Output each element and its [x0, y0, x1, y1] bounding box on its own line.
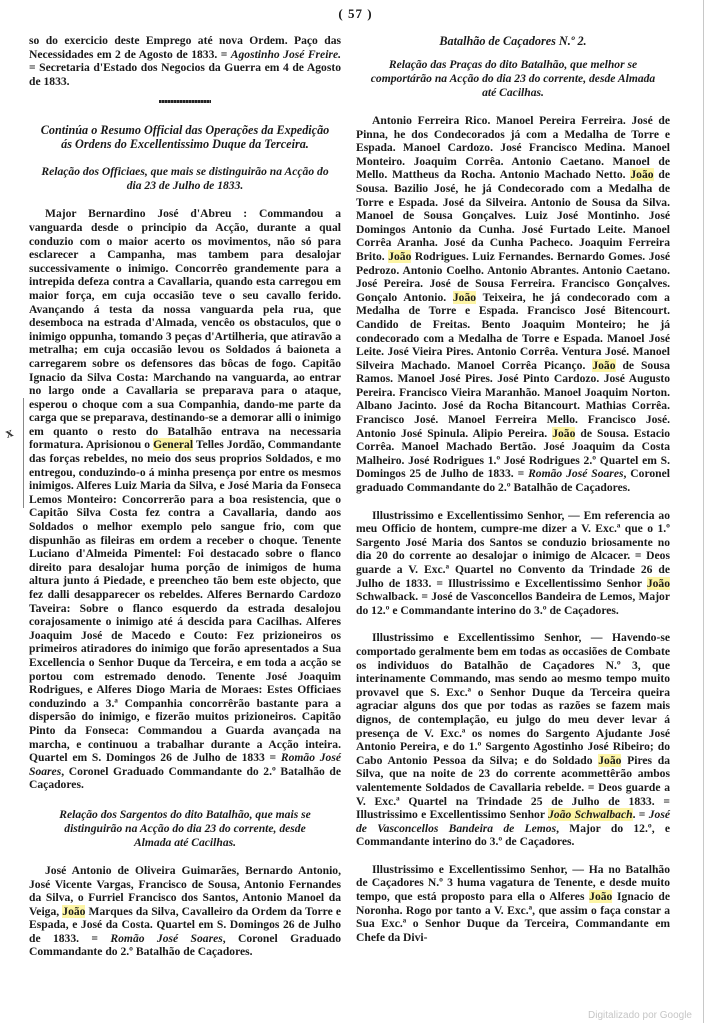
section-divider-rule — [159, 100, 211, 103]
letter-paragraph-1: Illustrissimo e Excellentissimo Senhor, … — [356, 509, 670, 618]
signature: Agostinho José Freire. — [231, 48, 341, 61]
letter-paragraph-3: Illustrissimo e Excellentissimo Senhor, … — [356, 863, 670, 945]
section-heading: Continúa o Resumo Official das Operações… — [40, 123, 330, 151]
margin-annotation-mark: x — [3, 425, 15, 442]
soldiers-list-paragraph: Antonio Ferreira Rico. Manoel Pereira Fe… — [356, 114, 670, 495]
highlighted-search-term: João — [647, 577, 670, 590]
scan-watermark: Digitalizado por Google — [588, 1010, 692, 1021]
signature: Romão José Soares — [528, 467, 623, 480]
letter-paragraph-2: Illustrissimo e Excellentissimo Senhor, … — [356, 631, 670, 849]
highlighted-search-term: João — [598, 754, 621, 767]
decree-ending: so do exercicio deste Emprego até nova O… — [29, 34, 341, 88]
left-column: so do exercicio deste Emprego até nova O… — [29, 34, 341, 959]
right-column: Batalhão de Caçadores N.º 2. Relação das… — [356, 34, 670, 944]
highlighted-search-term: João — [589, 890, 612, 903]
highlighted-search-term: João — [552, 427, 575, 440]
highlighted-search-term: João — [62, 905, 85, 918]
highlighted-search-term: João — [592, 359, 615, 372]
highlighted-search-term: João Schwalbach — [548, 808, 632, 821]
highlighted-search-term: João — [630, 168, 653, 181]
subsection-heading-soldiers: Relação das Praças do dito Batalhão, que… — [368, 58, 658, 100]
highlighted-search-term: General — [153, 438, 193, 451]
page-number: ( 57 ) — [0, 6, 711, 22]
margin-bracket — [23, 398, 25, 508]
page-edge-border — [703, 0, 704, 1023]
signature: Romão José Soares — [110, 932, 222, 945]
officers-report-paragraph: Major Bernardino José d'Abreu : Commando… — [29, 207, 341, 792]
highlighted-search-term: João — [453, 291, 476, 304]
battalion-heading: Batalhão de Caçadores N.º 2. — [356, 34, 670, 48]
subsection-heading-sergeants: Relação dos Sargentos do dito Batalhão, … — [45, 808, 325, 850]
sergeants-list-paragraph: José Antonio de Oliveira Guimarães, Bern… — [29, 864, 341, 959]
subsection-heading-officers: Relação dos Officiaes, que mais se disti… — [40, 165, 330, 193]
highlighted-search-term: João — [388, 250, 411, 263]
